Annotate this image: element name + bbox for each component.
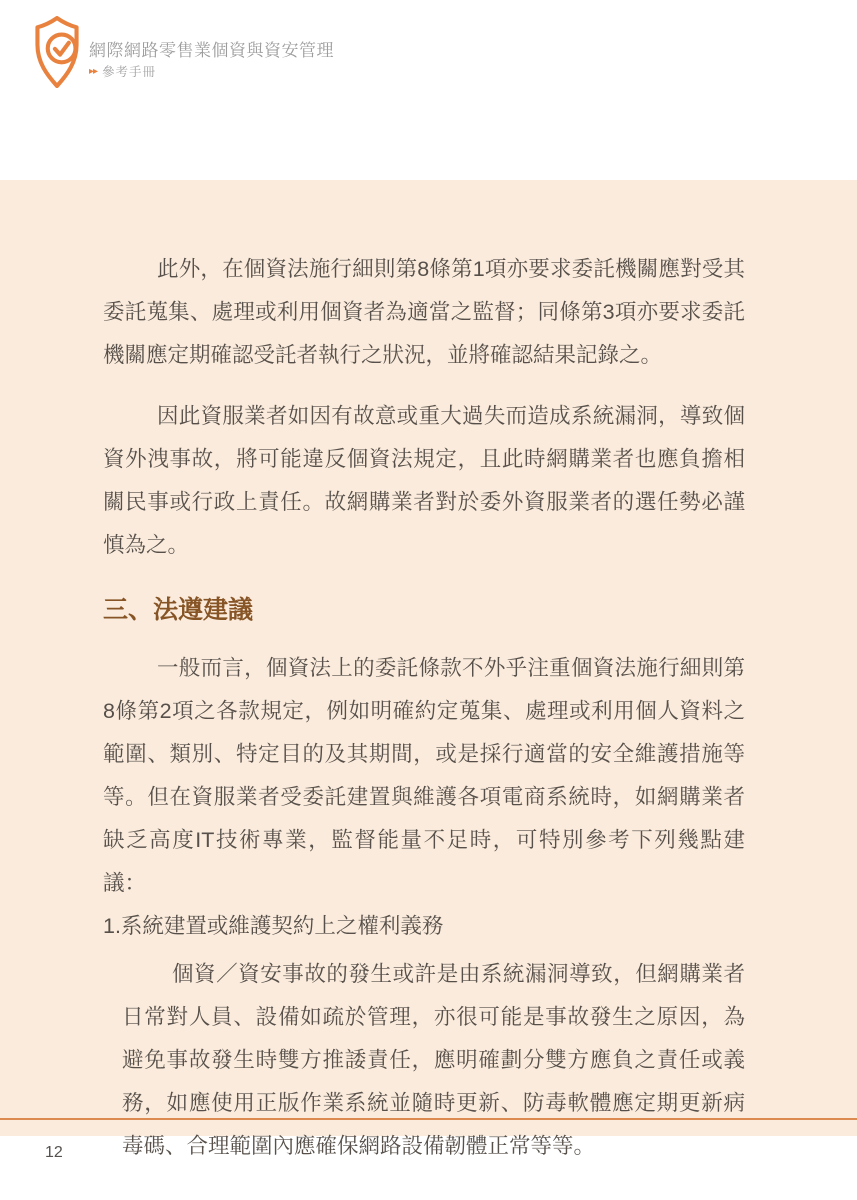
manual-title: 網際網路零售業個資與資安管理 (89, 40, 334, 61)
page-header: 網際網路零售業個資與資安管理 ▸▸ 參考手冊 (34, 16, 334, 88)
manual-subtitle-row: ▸▸ 參考手冊 (89, 65, 334, 79)
manual-subtitle: 參考手冊 (102, 65, 156, 79)
list-item-1-title: 1.系統建置或維護契約上之權利義務 (103, 905, 745, 948)
manual-page: 網際網路零售業個資與資安管理 ▸▸ 參考手冊 此外，在個資法施行細則第8條第1項… (0, 0, 857, 1200)
paragraph-2: 因此資服業者如因有故意或重大過失而造成系統漏洞，導致個資外洩事故，將可能違反個資… (103, 395, 745, 567)
shield-check-icon (34, 16, 80, 88)
footer-divider-line (0, 1118, 857, 1120)
content-band: 此外，在個資法施行細則第8條第1項亦要求委託機關應對受其委託蒐集、處理或利用個資… (0, 180, 857, 1136)
content-body: 此外，在個資法施行細則第8條第1項亦要求委託機關應對受其委託蒐集、處理或利用個資… (103, 248, 745, 1168)
section-heading: 三、法遵建議 (103, 593, 745, 627)
header-text-block: 網際網路零售業個資與資安管理 ▸▸ 參考手冊 (89, 16, 334, 79)
page-number: 12 (45, 1144, 63, 1162)
paragraph-4: 個資／資安事故的發生或許是由系統漏洞導致，但網購業者日常對人員、設備如疏於管理，… (122, 953, 745, 1168)
paragraph-1: 此外，在個資法施行細則第8條第1項亦要求委託機關應對受其委託蒐集、處理或利用個資… (103, 248, 745, 377)
paragraph-3: 一般而言，個資法上的委託條款不外乎注重個資法施行細則第8條第2項之各款規定，例如… (103, 647, 745, 905)
double-arrow-icon: ▸▸ (89, 65, 97, 79)
